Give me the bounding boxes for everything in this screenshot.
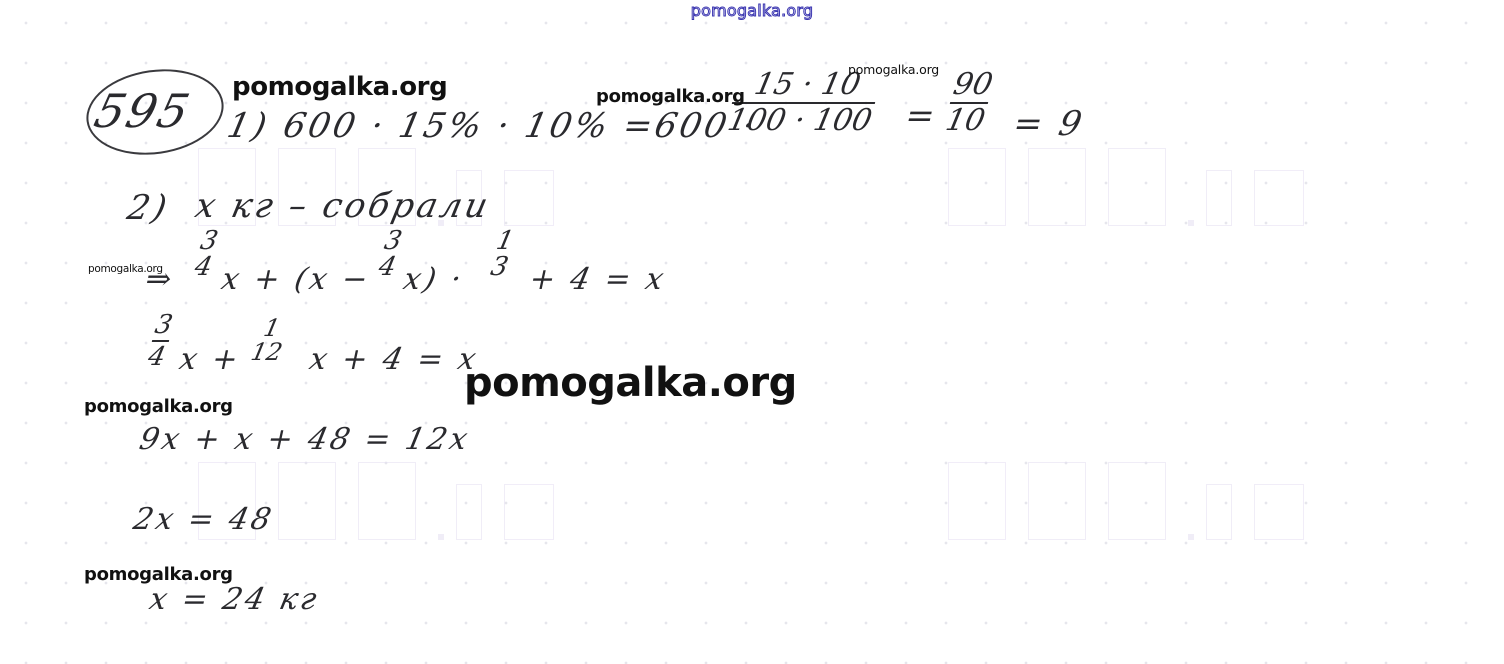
part1-expression: 600 · 15% · 10% =600 · [280, 106, 761, 146]
part1-fraction-1: 15 · 10 100 · 100 [725, 70, 882, 136]
watermark-left-mid: pomogalka.org [84, 396, 233, 417]
watermark-above-fraction: pomogalka.org [848, 62, 939, 77]
watermark-before-fraction: pomogalka.org [596, 86, 745, 107]
fraction-denominator: 4 [146, 344, 168, 370]
site-watermark-top: pomogalka.org [0, 1, 1504, 20]
watermark-left-of-implication: pomogalka.org [88, 263, 163, 275]
part2-definition: x кг – собрали [192, 186, 494, 226]
fraction-denominator: 12 [249, 340, 285, 364]
eq3: 9x + x + 48 = 12x [136, 422, 473, 457]
eq2-fraction-a: 3 4 [146, 312, 175, 370]
fraction-numerator: 15 · 10 [752, 70, 863, 100]
gdz-watermark-top-right [948, 148, 1304, 226]
fraction-numerator: 3 [153, 312, 175, 338]
fraction-denominator: 10 [943, 106, 988, 136]
eq1-fraction-c: 1 3 [488, 228, 516, 280]
eq2-fraction-b: 1 12 [249, 316, 290, 364]
task-number: 595 [89, 84, 196, 138]
part1-result: = 9 [1010, 104, 1088, 144]
eq1-fraction-b: 3 4 [376, 228, 404, 280]
fraction-denominator: 3 [488, 254, 510, 280]
eq1-segment-a: x + (x − [218, 262, 374, 297]
eq1-tail: + 4 = x [526, 262, 669, 297]
eq4: 2x = 48 [130, 502, 277, 537]
fraction-numerator: 3 [382, 228, 404, 254]
eq2-segment-a: x + [176, 342, 244, 377]
part1-fraction-2: 90 10 [943, 70, 995, 136]
fraction-numerator: 1 [262, 316, 282, 340]
fraction-denominator: 100 · 100 [725, 106, 875, 136]
fraction-denominator: 4 [192, 254, 214, 280]
part1-label: 1) [224, 106, 273, 146]
part1-equals: = [902, 96, 942, 136]
watermark-near-task-number: pomogalka.org [232, 72, 447, 102]
eq1-segment-b: x) · [400, 262, 467, 297]
part2-label: 2) [124, 188, 173, 228]
fraction-numerator: 1 [494, 228, 516, 254]
answer: x = 24 кг [146, 582, 322, 617]
watermark-left-bottom: pomogalka.org [84, 564, 233, 585]
fraction-numerator: 3 [198, 228, 220, 254]
watermark-center-large: pomogalka.org [464, 360, 797, 406]
fraction-denominator: 4 [376, 254, 398, 280]
eq2-tail: x + 4 = x [306, 342, 482, 377]
gdz-watermark-bottom-right [948, 462, 1304, 540]
eq1-fraction-a: 3 4 [192, 228, 220, 280]
fraction-numerator: 90 [951, 70, 996, 100]
